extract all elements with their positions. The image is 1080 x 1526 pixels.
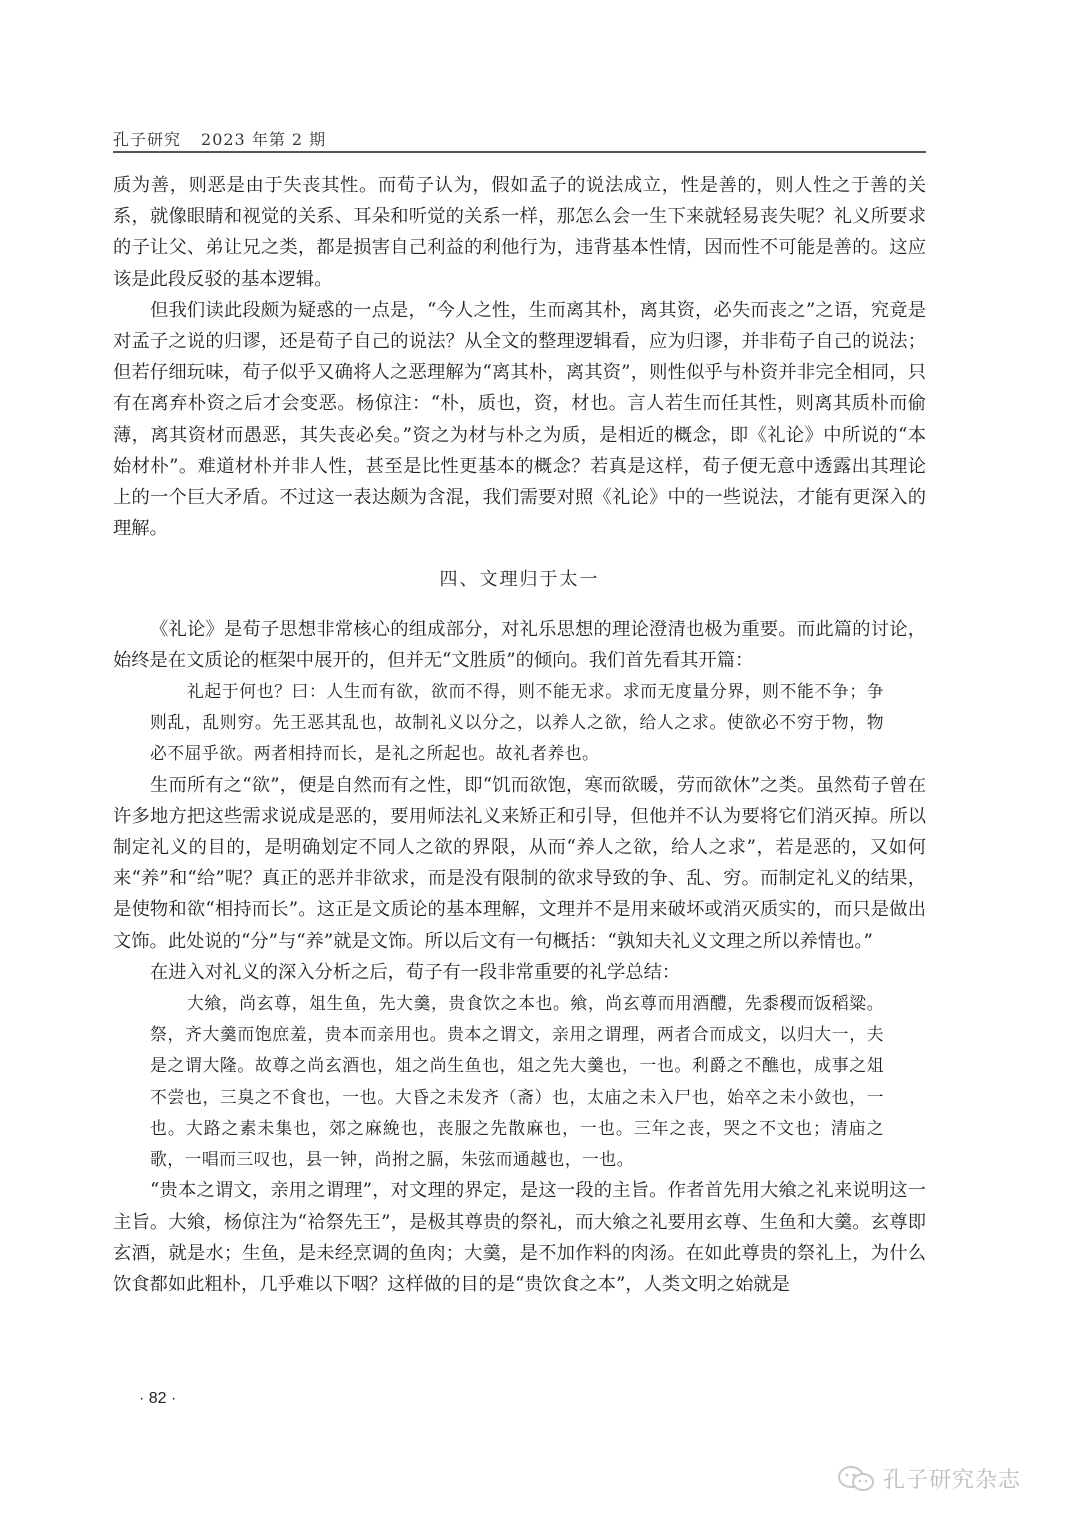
paragraph: 《礼论》是荀子思想非常核心的组成部分，对礼乐思想的理论澄清也极为重要。而此篇的讨…: [113, 614, 926, 676]
watermark-text: 孔子研究杂志: [883, 1463, 1021, 1494]
block-quote: 大飨，尚玄尊，俎生鱼，先大羹，贵食饮之本也。飨，尚玄尊而用酒醴，先黍稷而饭稻粱。…: [113, 988, 926, 1175]
header-rule: [113, 151, 926, 153]
paragraph: “贵本之谓文，亲用之谓理”，对文理的界定，是这一段的主旨。作者首先用大飨之礼来说…: [113, 1175, 926, 1300]
paragraph: 质为善，则恶是由于失丧其性。而荀子认为，假如孟子的说法成立，性是善的，则人性之于…: [113, 170, 926, 295]
section-heading: 四、文理归于太一: [113, 564, 926, 595]
issue-label: 2023 年第 2 期: [201, 130, 326, 149]
journal-name: 孔子研究: [113, 130, 181, 149]
paragraph: 在进入对礼义的深入分析之后，荀子有一段非常重要的礼学总结：: [113, 957, 926, 988]
block-quote: 礼起于何也？曰：人生而有欲，欲而不得，则不能无求。求而无度量分界，则不能不争；争…: [113, 676, 926, 770]
running-head: 孔子研究2023 年第 2 期: [113, 127, 326, 150]
watermark: 孔子研究杂志: [837, 1463, 1021, 1494]
page-number: · 82 ·: [139, 1390, 176, 1408]
paragraph: 但我们读此段颇为疑惑的一点是，“今人之性，生而离其朴，离其资，必失而丧之”之语，…: [113, 295, 926, 545]
wechat-icon: [837, 1465, 877, 1493]
article-body: 质为善，则恶是由于失丧其性。而荀子认为，假如孟子的说法成立，性是善的，则人性之于…: [113, 170, 926, 1300]
paragraph: 生而所有之“欲”，便是自然而有之性，即“饥而欲饱，寒而欲暖，劳而欲休”之类。虽然…: [113, 770, 926, 957]
